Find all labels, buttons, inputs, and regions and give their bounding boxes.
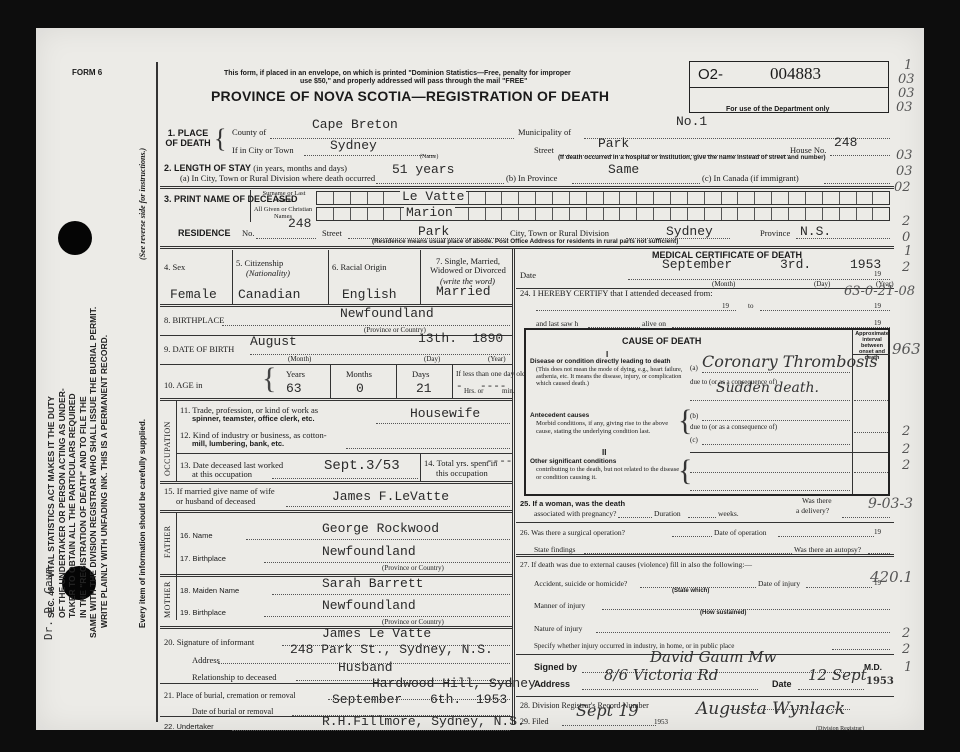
burial-date-label: Date of burial or removal — [192, 707, 273, 716]
age-label: 10. AGE in — [164, 380, 203, 390]
how-sustained-hint: (How sustained) — [700, 610, 746, 616]
divider — [516, 522, 894, 523]
signed-year: 1953 — [866, 676, 894, 687]
citizenship-value: Canadian — [238, 287, 300, 302]
divider — [250, 190, 251, 222]
interval-line — [854, 432, 888, 433]
residence-hint: (Residence means usual place of abode. P… — [372, 238, 678, 245]
code-annotation: 2 — [902, 458, 910, 473]
physician-address-line — [582, 689, 758, 690]
physician-address: 8/6 Victoria Rd — [604, 666, 718, 684]
mother-name-line — [272, 594, 510, 595]
delivery-label: Was there — [802, 496, 832, 505]
racial-origin-value: English — [342, 287, 397, 302]
divider — [330, 364, 331, 398]
house-value: 248 — [834, 135, 857, 150]
divider — [176, 512, 177, 620]
certify-code: 63-0-21-08 — [844, 284, 915, 299]
cause-b-label: (b) — [690, 412, 698, 420]
divider — [420, 453, 421, 481]
divider — [160, 186, 894, 189]
province-country-hint-2: (Province or Country) — [382, 618, 444, 626]
place-of-death-label: 1. PLACE OF DEATH — [164, 128, 212, 148]
due-to-label-2: due to (or as a consequence of) — [690, 423, 777, 431]
occupation-side-label: OCCUPATION — [163, 421, 172, 476]
registration-number: 004883 — [770, 64, 821, 84]
external-code: 420.1 — [870, 568, 913, 586]
divider — [160, 335, 512, 336]
stay-province-value: Same — [608, 162, 639, 177]
physician-stamp: Dr. D. Gaum. — [42, 561, 55, 640]
antecedent-hint: Morbid conditions, if any, giving rise t… — [536, 420, 684, 436]
dob-month: August — [250, 334, 297, 349]
registrar-signature: Augusta Wynlack — [696, 699, 845, 719]
divider — [176, 400, 177, 482]
dob-year: 1890 — [472, 331, 503, 346]
column-divider — [512, 248, 515, 724]
code-annotation: 02 — [894, 180, 911, 195]
cause-b-line — [702, 420, 850, 421]
brace-icon: { — [678, 456, 692, 486]
instruction-line: TAKER TO OBTAIN ALL THE PARTICULARS REQU… — [67, 307, 78, 638]
length-of-stay-label: 2. LENGTH OF STAY (in years, months and … — [164, 163, 347, 173]
margin-rule — [156, 62, 158, 722]
less-than-day-label: If less than one day old — [456, 369, 526, 378]
years-label: Years — [286, 369, 305, 379]
mail-notice-line1: This form, if placed in an envelope, on … — [224, 70, 571, 77]
cause-a-due-to: Sudden death. — [716, 380, 819, 396]
external-causes-label: 27. If death was due to external causes … — [520, 560, 752, 569]
burial-day: 6th. — [430, 692, 461, 707]
other-line-2 — [690, 490, 850, 491]
residence-street-label: Street — [322, 228, 342, 238]
year-prefix: 19 — [722, 302, 729, 310]
birthplace-value: Newfoundland — [340, 306, 434, 321]
trade-label-2: spinner, teamster, office clerk, etc. — [192, 414, 315, 423]
day-hint: (Day) — [424, 355, 440, 363]
direct-cause-label: Disease or condition directly leading to… — [530, 358, 671, 365]
burial-year: 1953 — [476, 692, 507, 707]
county-line — [270, 138, 514, 139]
nature-line — [596, 632, 890, 633]
other-conditions-hint: contributing to the death, but not relat… — [536, 466, 684, 482]
weeks-label: weeks. — [718, 509, 739, 518]
brace-icon: { — [262, 364, 276, 394]
mother-side-label: MOTHER — [163, 581, 172, 618]
city-value: Sydney — [330, 138, 377, 153]
operation-date-label: Date of operation — [714, 528, 766, 537]
informant-address-label: Address — [192, 655, 220, 665]
instruction-line: WRITE PLAINLY WITH UNFADING INK. THIS IS… — [99, 307, 110, 638]
brace-icon: { — [214, 126, 226, 152]
manner-label: Manner of injury — [534, 601, 585, 610]
industry-label-2: mill, lumbering, bank, etc. — [192, 439, 284, 448]
registration-prefix: O2- — [698, 66, 723, 83]
age-days: 21 — [416, 381, 432, 396]
code-annotation: 2 — [902, 260, 910, 275]
marital-label: 7. Single, Married, Widowed or Divorced — [424, 257, 512, 275]
burial-place-value: Hardwood Hill, Sydney. — [372, 676, 544, 691]
father-birthplace-line — [264, 562, 510, 563]
code-annotation: 1 — [904, 660, 912, 675]
certify-label: 24. I HEREBY CERTIFY that I attended dec… — [520, 288, 713, 298]
trade-value: Housewife — [410, 406, 480, 421]
municipality-label: Municipality of — [518, 127, 571, 137]
father-birthplace-label: 17. Birthplace — [180, 554, 226, 563]
surgery-label: 26. Was there a surgical operation? — [520, 528, 625, 537]
year-prefix: 19 — [874, 528, 881, 536]
stay-canada-label: (c) In Canada (if immigrant) — [702, 173, 799, 183]
certify-to-line — [760, 310, 890, 311]
specify-line — [832, 649, 890, 650]
name-hint: (Name) — [420, 154, 438, 160]
residence-no-value: 248 — [288, 216, 311, 231]
father-name-value: George Rockwood — [322, 521, 439, 536]
hospital-hint: (If death occurred in a hospital or inst… — [558, 154, 826, 161]
divider — [516, 696, 894, 697]
nature-label: Nature of injury — [534, 624, 582, 633]
code-annotation: 2 — [902, 424, 910, 439]
father-side-label: FATHER — [163, 525, 172, 558]
death-month: September — [662, 257, 732, 272]
code-annotation: 0 — [902, 230, 910, 245]
physician-address-label: Address — [534, 679, 570, 689]
father-name-line — [246, 539, 510, 540]
divider — [160, 510, 512, 513]
certify-from-line — [536, 310, 736, 311]
death-day: 3rd. — [780, 257, 811, 272]
interval-line — [854, 400, 888, 401]
residence-label: RESIDENCE — [178, 228, 231, 238]
undertaker-value: R.H.Fillmore, Sydney, N.S. — [322, 714, 525, 729]
province-country-hint: (Province or Country) — [364, 326, 426, 334]
mother-name-value: Sarah Barrett — [322, 576, 423, 591]
left-instructions: SEC. 46—VITAL STATISTICS ACT MAKES IT TH… — [46, 307, 109, 638]
alive-on-label: alive on — [642, 319, 666, 328]
length-of-stay-title: 2. LENGTH OF STAY — [164, 163, 251, 173]
code-annotation: 03 — [896, 148, 913, 163]
injury-date-line — [806, 587, 872, 588]
form-title: PROVINCE OF NOVA SCOTIA—REGISTRATION OF … — [211, 88, 609, 104]
autopsy-label: Was there an autopsy? — [794, 545, 861, 554]
given-name-grid — [316, 207, 890, 221]
antecedent-label: Antecedent causes — [530, 412, 589, 419]
last-saw-label: and last saw h — [536, 319, 578, 328]
industry-line — [346, 448, 510, 449]
year-prefix: 19 — [874, 302, 881, 310]
father-birthplace-value: Newfoundland — [322, 544, 416, 559]
county-label: County of — [232, 127, 266, 137]
residence-province-label: Province — [760, 228, 790, 238]
dob-label: 9. DATE OF BIRTH — [164, 344, 234, 354]
informant-signature-label: 20. Signature of informant — [164, 637, 254, 647]
code-annotation: 2 — [902, 642, 910, 657]
death-registration-form: FORM 6 SEC. 46—VITAL STATISTICS ACT MAKE… — [36, 28, 924, 730]
surgery-line — [672, 536, 712, 537]
filed-date: Sept 19 — [576, 701, 639, 720]
signed-by-label: Signed by — [534, 662, 577, 672]
dob-day: 13th. — [418, 331, 457, 346]
given-name-value: Marion — [404, 205, 455, 220]
stay-city-label: (a) In City, Town or Rural Division wher… — [180, 173, 375, 183]
department-use-label: For use of the Department only — [726, 106, 829, 113]
code-annotation: 1 — [904, 58, 912, 73]
cause-a-line — [702, 372, 850, 373]
pregnancy-label: 25. If a woman, was the death — [520, 499, 625, 508]
code-annotation: 963 — [892, 340, 921, 358]
signed-date: 12 Sept — [808, 666, 867, 684]
relationship-label: Relationship to deceased — [192, 672, 277, 682]
findings-label: State findings — [534, 545, 575, 554]
street-label: Street — [534, 145, 554, 155]
last-worked-line — [272, 478, 418, 479]
divider — [176, 453, 512, 454]
surname-label: Surname or Last Name — [256, 190, 312, 204]
filed-label: 29. Filed — [520, 717, 548, 726]
interval-line — [854, 472, 888, 473]
divider — [452, 364, 453, 398]
racial-origin-label: 6. Racial Origin — [332, 262, 387, 272]
divider — [232, 250, 233, 304]
stay-province-line — [572, 183, 700, 184]
direct-cause-hint: (This does not mean the mode of dying, e… — [536, 366, 686, 387]
delivery-label-2: a delivery? — [796, 506, 829, 515]
citizenship-hint: (Nationality) — [246, 268, 290, 278]
mother-birthplace-line — [264, 616, 510, 617]
county-value: Cape Breton — [312, 117, 398, 132]
sex-value: Female — [170, 287, 217, 302]
last-worked-value: Sept.3/53 — [324, 458, 400, 474]
burial-month: September — [332, 692, 402, 707]
state-which-hint: (State which) — [672, 588, 709, 594]
divider — [396, 364, 397, 398]
total-years-label-2: this occupation — [436, 468, 488, 478]
total-years-value: ---- — [486, 456, 512, 468]
instruction-line: SAME WITH THE DIVISION REGISTRAR WHO SHA… — [88, 307, 99, 638]
due-to-line — [690, 400, 850, 401]
spouse-line — [286, 506, 510, 507]
code-annotation: 2 — [902, 442, 910, 457]
residence-no-label: No. — [242, 228, 255, 238]
mother-birthplace-value: Newfoundland — [322, 598, 416, 613]
undertaker-label: 22. Undertaker — [164, 722, 214, 731]
code-annotation: 03 — [896, 164, 913, 179]
informant-address: 248 Park St., Sydney, N.S. — [290, 642, 493, 657]
city-line — [304, 155, 434, 156]
house-line — [830, 155, 890, 156]
residence-city-value: Sydney — [666, 224, 713, 239]
box-divider — [690, 87, 888, 88]
last-worked-label-2: at this occupation — [192, 469, 252, 479]
stay-city-value: 51 years — [392, 162, 454, 177]
punch-hole-top — [58, 221, 92, 255]
trade-line — [376, 423, 510, 424]
place-of-death-text: 1. PLACE OF DEATH — [165, 128, 210, 148]
month-hint: (Month) — [712, 280, 735, 288]
divider — [160, 246, 894, 249]
mother-name-label: 18. Maiden Name — [180, 586, 239, 595]
filed-year: 1953 — [654, 718, 668, 726]
instruction-line: IN THE "REGISTRATION OF DEATH" AND TO FI… — [78, 307, 89, 638]
cause-c-line — [702, 444, 850, 445]
injury-date-label: Date of injury — [758, 579, 800, 588]
min-label: min. — [502, 387, 515, 395]
mother-birthplace-label: 19. Birthplace — [180, 608, 226, 617]
filed-line — [562, 725, 656, 726]
other-conditions-label: Other significant conditions — [530, 458, 616, 465]
every-item-note: Every item of information should be care… — [138, 419, 147, 628]
code-annotation: 2 — [902, 626, 910, 641]
stay-canada-line — [824, 183, 890, 184]
death-date-line — [628, 279, 890, 280]
city-label: If in City or Town — [232, 145, 294, 155]
code-annotation: 2 — [902, 214, 910, 229]
divider — [160, 398, 512, 401]
registrar-hint: (Division Registrar) — [816, 726, 864, 732]
province-country-hint: (Province or Country) — [382, 564, 444, 572]
month-hint: (Month) — [288, 355, 311, 363]
undertaker-line — [232, 730, 510, 731]
stay-city-line — [376, 183, 504, 184]
duration-label: Duration — [654, 509, 681, 518]
birthplace-label: 8. BIRTHPLACE — [164, 315, 224, 325]
code-annotation: 03 — [896, 100, 913, 115]
signed-date-line — [798, 689, 864, 690]
accident-label: Accident, suicide or homicide? — [534, 579, 627, 588]
mail-notice-line2: use $50," and properly addressed will pa… — [300, 78, 527, 85]
divider — [160, 481, 512, 484]
signed-date-label: Date — [772, 679, 792, 689]
divider — [516, 554, 894, 557]
residence-province-value: N.S. — [800, 224, 831, 239]
cause-a-label: (a) — [690, 364, 698, 372]
age-months: 0 — [356, 381, 364, 396]
residence-street-value: Park — [418, 224, 449, 239]
instruction-line: OF THE UNDERTAKER OR PERSON ACTING AS UN… — [57, 307, 68, 638]
year-prefix: 19 — [874, 319, 881, 327]
code-annotation: 03 — [898, 86, 915, 101]
cause-c-label: (c) — [690, 436, 698, 444]
sex-label: 4. Sex — [164, 262, 185, 272]
marital-value: Married — [436, 284, 491, 299]
year-hint: (Year) — [488, 355, 506, 363]
code-annotation: 03 — [898, 72, 915, 87]
cause-heading: CAUSE OF DEATH — [622, 336, 701, 346]
pregnancy-label-2: associated with pregnancy? — [534, 509, 616, 518]
spouse-label: 15. If married give name of wife — [164, 486, 275, 496]
father-name-label: 16. Name — [180, 531, 213, 540]
residence-no-line — [256, 238, 316, 239]
delivery-line — [842, 517, 890, 518]
residence-city-label: City, Town or Rural Division — [510, 228, 609, 238]
to-label: to — [748, 302, 753, 310]
burial-place-label: 21. Place of burial, cremation or remova… — [164, 691, 296, 700]
operation-date-line — [778, 536, 874, 537]
code-annotation: 1 — [904, 244, 912, 259]
months-label: Months — [346, 369, 372, 379]
stay-province-label: (b) In Province — [506, 173, 557, 183]
informant-signature: James Le Vatte — [322, 626, 431, 641]
surname-value: Le Vatte — [400, 189, 466, 204]
year-prefix: 19 — [874, 270, 881, 278]
death-date-label: Date — [520, 270, 536, 280]
length-of-stay-hint: (in years, months and days) — [253, 163, 347, 173]
divider — [690, 452, 888, 453]
days-label: Days — [412, 369, 429, 379]
divider — [160, 364, 512, 365]
reverse-note: (See reverse side for instructions.) — [138, 148, 147, 260]
pregnancy-code: 9-03-3 — [868, 496, 913, 512]
hrs-value: - — [456, 381, 463, 393]
form-number: FORM 6 — [72, 68, 102, 77]
day-hint: (Day) — [814, 280, 830, 288]
cause-a-value: Coronary Thrombosis — [702, 352, 878, 371]
signed-by-signature: David Gaum Mw — [650, 648, 776, 666]
spouse-value: James F.LeVatte — [332, 489, 449, 504]
pregnancy-line — [618, 517, 652, 518]
brace-icon: { — [678, 406, 692, 436]
municipality-value: No.1 — [676, 114, 707, 129]
roman-two: II — [602, 448, 606, 457]
cause-of-death-box: CAUSE OF DEATH Approximate interval betw… — [524, 328, 890, 496]
divider — [160, 304, 512, 307]
age-years: 63 — [286, 381, 302, 396]
citizenship-label: 5. Citizenship — [236, 258, 283, 268]
other-line-1 — [690, 472, 850, 473]
street-value: Park — [598, 136, 629, 151]
divider — [328, 250, 329, 304]
divider — [420, 250, 421, 304]
spouse-label-2: or husband of deceased — [176, 496, 256, 506]
relationship-value: Husband — [338, 660, 393, 675]
duration-line — [688, 517, 716, 518]
